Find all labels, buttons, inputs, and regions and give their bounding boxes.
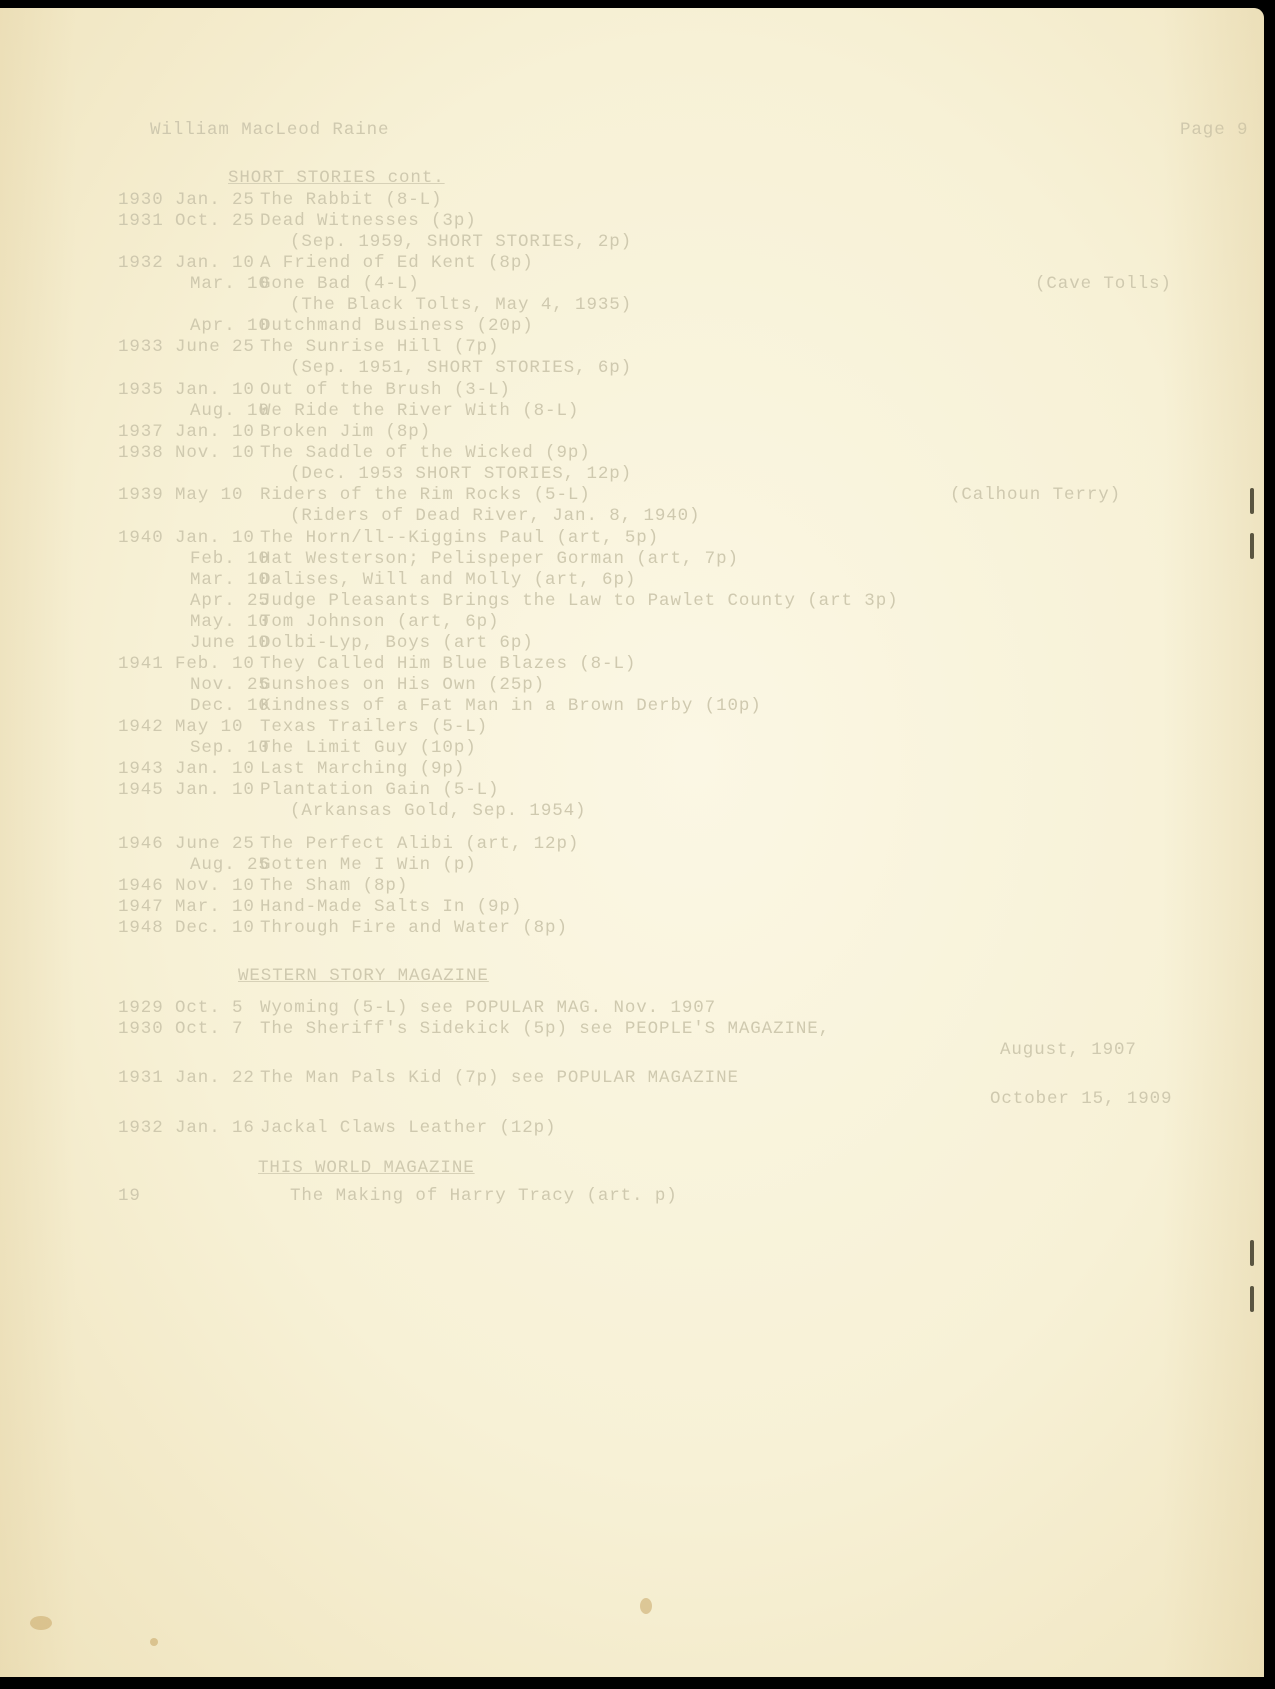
- entry-title: The Perfect Alibi (art, 12p): [260, 834, 579, 854]
- section-heading-western-story: WESTERN STORY MAGAZINE: [238, 966, 489, 986]
- entry-title: The Making of Harry Tracy (art. p): [290, 1186, 678, 1206]
- document-page: William MacLeod Raine Page 9 SHORT STORI…: [0, 8, 1264, 1677]
- binding-hole-mark: [1250, 533, 1254, 559]
- entry-title: The Saddle of the Wicked (9p): [260, 443, 591, 463]
- entry-date: 1939 May 10: [118, 485, 243, 505]
- entry-date: 1946 June 25: [118, 834, 255, 854]
- entry-date: Nov. 25: [190, 675, 270, 695]
- entry-date: Mar. 10: [190, 274, 270, 294]
- entry-date: 1932 Jan. 16: [118, 1118, 255, 1138]
- entry-date: 1931 Jan. 22: [118, 1068, 255, 1088]
- entry-title: Kindness of a Fat Man in a Brown Derby (…: [260, 696, 762, 716]
- entry-date: 1931 Oct. 25: [118, 211, 255, 231]
- entry-title: Hat Westerson; Pelispeper Gorman (art, 7…: [260, 549, 739, 569]
- entry-title: Dead Witnesses (3p): [260, 211, 477, 231]
- entry-side-note: (Calhoun Terry): [950, 485, 1121, 505]
- entry-date: 1941 Feb. 10: [118, 654, 255, 674]
- entry-note: August, 1907: [1000, 1040, 1137, 1060]
- entry-date: 19: [118, 1186, 141, 1206]
- entry-title: Wyoming (5-L) see POPULAR MAG. Nov. 1907: [260, 998, 716, 1018]
- entry-date: 1935 Jan. 10: [118, 380, 255, 400]
- entry-title: Last Marching (9p): [260, 759, 465, 779]
- entry-side-note: (Cave Tolls): [1035, 274, 1172, 294]
- entry-title: Jackal Claws Leather (12p): [260, 1118, 556, 1138]
- entry-note: October 15, 1909: [990, 1089, 1172, 1109]
- entry-date: 1940 Jan. 10: [118, 528, 255, 548]
- entry-title: Dutchmand Business (20p): [260, 316, 534, 336]
- entry-title: Hand-Made Salts In (9p): [260, 897, 522, 917]
- section-heading-this-world: THIS WORLD MAGAZINE: [258, 1158, 475, 1178]
- entry-date: 1943 Jan. 10: [118, 759, 255, 779]
- entry-note: (Arkansas Gold, Sep. 1954): [290, 801, 586, 821]
- author-line: William MacLeod Raine: [150, 120, 389, 140]
- entry-date: 1930 Jan. 25: [118, 190, 255, 210]
- entry-title: The Horn/ll--Kiggins Paul (art, 5p): [260, 528, 659, 548]
- entry-title: Dalises, Will and Molly (art, 6p): [260, 570, 636, 590]
- entry-date: Feb. 10: [190, 549, 270, 569]
- entry-title: The Sham (8p): [260, 876, 408, 896]
- entry-date: 1945 Jan. 10: [118, 780, 255, 800]
- entry-note: (Sep. 1951, SHORT STORIES, 6p): [290, 358, 632, 378]
- entry-title: Judge Pleasants Brings the Law to Pawlet…: [260, 591, 899, 611]
- entry-date: Aug. 10: [190, 401, 270, 421]
- entry-date: Apr. 25: [190, 591, 270, 611]
- paper-stain: [640, 1598, 652, 1614]
- entry-title: Gotten Me I Win (p): [260, 855, 477, 875]
- entry-title: Broken Jim (8p): [260, 422, 431, 442]
- entry-note: (Dec. 1953 SHORT STORIES, 12p): [290, 464, 632, 484]
- entry-date: 1932 Jan. 10: [118, 253, 255, 273]
- binding-hole-mark: [1250, 488, 1254, 514]
- section-heading-short-stories: SHORT STORIES cont.: [228, 168, 445, 188]
- entry-title: The Rabbit (8-L): [260, 190, 442, 210]
- entry-title: We Ride the River With (8-L): [260, 401, 579, 421]
- entry-date: Sep. 10: [190, 738, 270, 758]
- entry-date: 1942 May 10: [118, 717, 243, 737]
- entry-date: 1930 Oct. 7: [118, 1019, 243, 1039]
- entry-title: Dolbi-Lyp, Boys (art 6p): [260, 633, 534, 653]
- entry-date: Apr. 10: [190, 316, 270, 336]
- entry-title: Plantation Gain (5-L): [260, 780, 499, 800]
- binding-hole-mark: [1250, 1240, 1254, 1266]
- entry-date: Dec. 10: [190, 696, 270, 716]
- entry-date: 1938 Nov. 10: [118, 443, 255, 463]
- entry-title: A Friend of Ed Kent (8p): [260, 253, 534, 273]
- entry-date: Mar. 10: [190, 570, 270, 590]
- entry-title: Gone Bad (4-L): [260, 274, 420, 294]
- entry-date: Aug. 25: [190, 855, 270, 875]
- entry-note: (The Black Tolts, May 4, 1935): [290, 295, 632, 315]
- entry-date: June 10: [190, 633, 270, 653]
- entry-title: Gunshoes on His Own (25p): [260, 675, 545, 695]
- entry-date: 1937 Jan. 10: [118, 422, 255, 442]
- entry-note: (Sep. 1959, SHORT STORIES, 2p): [290, 232, 632, 252]
- paper-stain: [30, 1616, 52, 1630]
- binding-hole-mark: [1250, 1286, 1254, 1312]
- entry-date: 1929 Oct. 5: [118, 998, 243, 1018]
- entry-date: 1946 Nov. 10: [118, 876, 255, 896]
- entry-title: They Called Him Blue Blazes (8-L): [260, 654, 636, 674]
- entry-title: The Limit Guy (10p): [260, 738, 477, 758]
- entry-title: Tom Johnson (art, 6p): [260, 612, 499, 632]
- entry-title: The Man Pals Kid (7p) see POPULAR MAGAZI…: [260, 1068, 739, 1088]
- page-number: Page 9: [1180, 120, 1248, 140]
- entry-date: 1948 Dec. 10: [118, 918, 255, 938]
- entry-title: Through Fire and Water (8p): [260, 918, 568, 938]
- entry-title: The Sheriff's Sidekick (5p) see PEOPLE'S…: [260, 1019, 830, 1039]
- entry-note: (Riders of Dead River, Jan. 8, 1940): [290, 506, 700, 526]
- entry-title: Riders of the Rim Rocks (5-L): [260, 485, 591, 505]
- entry-title: Texas Trailers (5-L): [260, 717, 488, 737]
- entry-title: The Sunrise Hill (7p): [260, 337, 499, 357]
- paper-stain: [150, 1638, 158, 1646]
- entry-date: May. 10: [190, 612, 270, 632]
- entry-date: 1933 June 25: [118, 337, 255, 357]
- entry-title: Out of the Brush (3-L): [260, 380, 511, 400]
- entry-date: 1947 Mar. 10: [118, 897, 255, 917]
